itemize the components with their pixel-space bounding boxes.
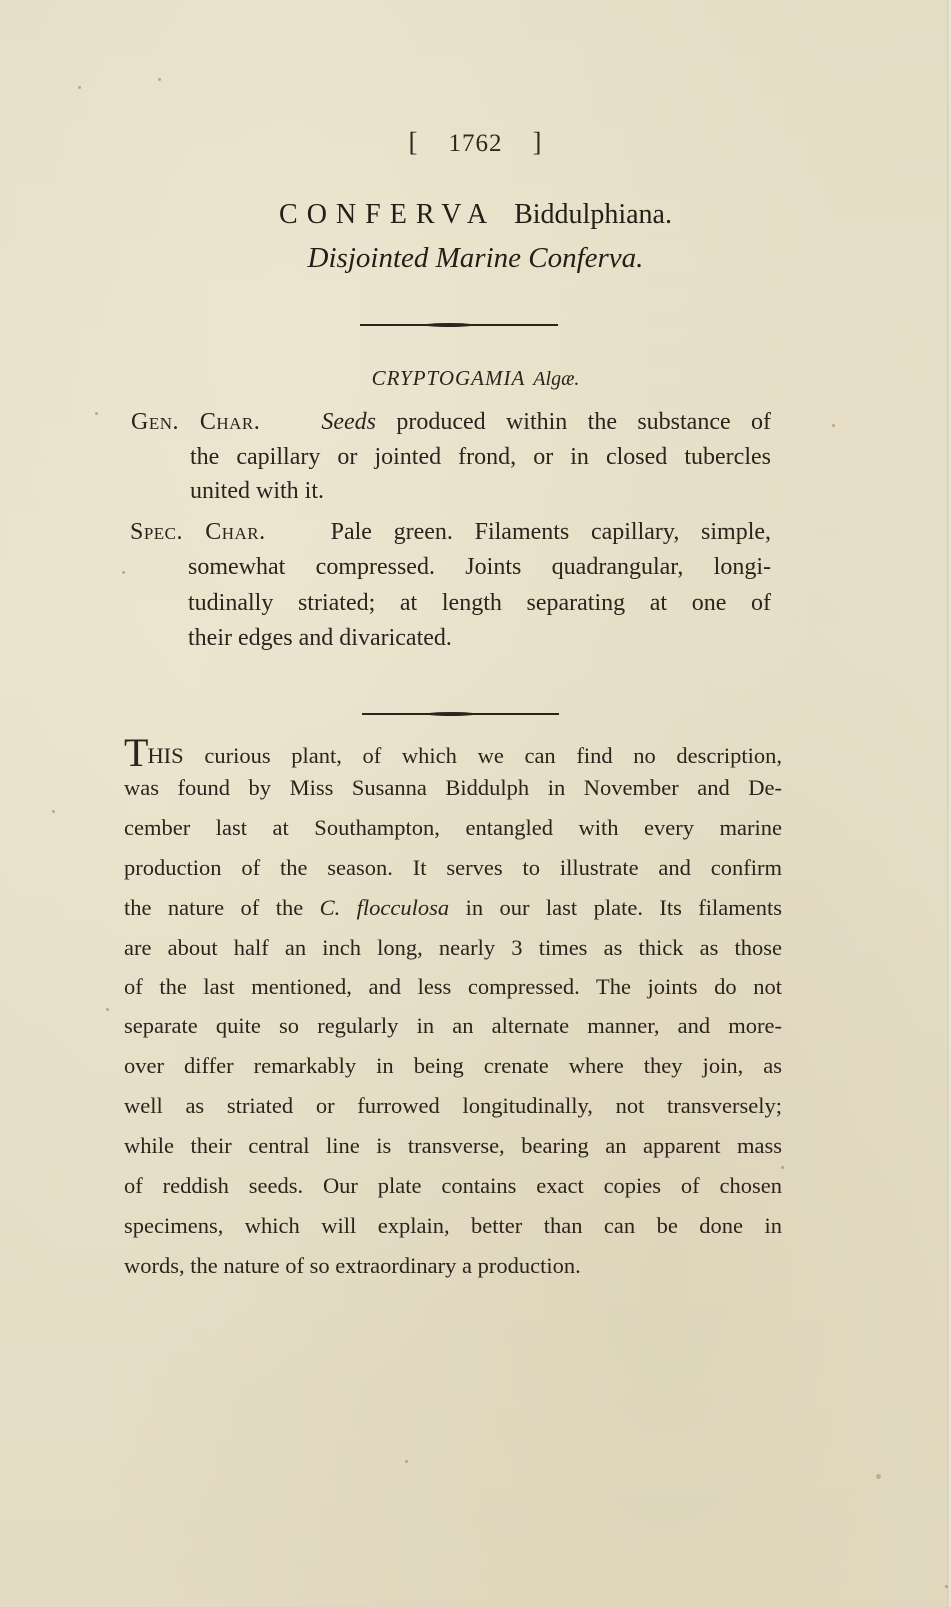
description-line-9: over differ remarkably in being crenate … [124,1053,782,1079]
paper-speck [106,1008,109,1011]
page-number-value: 1762 [449,130,503,158]
classification: CRYPTOGAMIAAlgæ. [0,366,951,391]
ornamental-rule [360,324,558,326]
spec-char-label: Spec. Char. [130,519,266,545]
gen-char-line-1: Gen. Char. Seeds produced within the sub… [131,405,771,439]
spec-char-line-3: tudinally striated; at length separating… [188,586,771,620]
description-line-12: of reddish seeds. Our plate contains exa… [124,1173,782,1199]
spec-char-line-1: Spec. Char. Pale green. Filaments capill… [130,515,771,549]
spec-char-line-4: their edges and divaricated. [188,621,452,655]
description-text: the nature of the [124,895,320,920]
gen-char-italic: Seeds [321,409,376,435]
description-line-1: THIS curious plant, of which we can find… [124,733,782,773]
paper-speck [781,1166,784,1169]
paper-speck [52,810,55,813]
description-line-11: while their central line is transverse, … [124,1133,782,1159]
description-line-4: production of the season. It serves to i… [124,855,782,881]
species-name: Biddulphiana. [514,199,672,230]
bracket-close: ] [533,127,543,158]
paper-speck [78,86,81,89]
page-number: [1762] [0,127,951,158]
species-title: CONFERVABiddulphiana. [0,198,951,231]
description-line-6: are about half an inch long, nearly 3 ti… [124,935,782,961]
description-text: in our last plate. Its filaments [449,895,782,920]
bracket-open: [ [409,127,419,158]
order-name: Algæ. [533,368,579,390]
description-text: curious plant, of which we can find no d… [184,743,782,768]
book-page: [1762] CONFERVABiddulphiana. Disjointed … [0,0,951,1607]
paper-stain [876,1474,881,1479]
description-line-2: was found by Miss Susanna Biddulph in No… [124,775,782,801]
first-word-rest: HIS [147,743,183,768]
gen-char-label: Gen. Char. [131,409,260,435]
genus-name: CONFERVA [279,199,496,230]
description-line-13: specimens, which will explain, better th… [124,1213,782,1239]
class-name: CRYPTOGAMIA [372,366,526,390]
description-line-7: of the last mentioned, and less compress… [124,974,782,1000]
description-line-10: well as striated or furrowed longitudina… [124,1093,782,1119]
species-reference: C. flocculosa [320,895,450,920]
paper-speck [832,424,835,427]
spec-char-text: Pale green. Filaments capillary, simple, [331,519,771,545]
common-name: Disjointed Marine Conferva. [0,242,951,275]
paper-speck [945,1585,948,1588]
gen-char-line-3: united with it. [190,474,324,508]
description-line-5: the nature of the C. flocculosa in our l… [124,895,782,921]
description-line-3: cember last at Southampton, entangled wi… [124,815,782,841]
drop-cap: T [124,730,148,775]
paper-speck [158,78,161,81]
gen-char-text: produced within the substance of [376,409,771,435]
paper-speck [405,1460,408,1463]
description-line-14: words, the nature of so extraordinary a … [124,1253,782,1279]
gen-char-line-2: the capillary or jointed frond, or in cl… [190,440,771,474]
spec-char-line-2: somewhat compressed. Joints quadrangular… [188,550,771,584]
ornamental-rule [362,713,559,715]
description-line-8: separate quite so regularly in an altern… [124,1013,782,1039]
paper-speck [95,412,98,415]
paper-speck [122,571,125,574]
